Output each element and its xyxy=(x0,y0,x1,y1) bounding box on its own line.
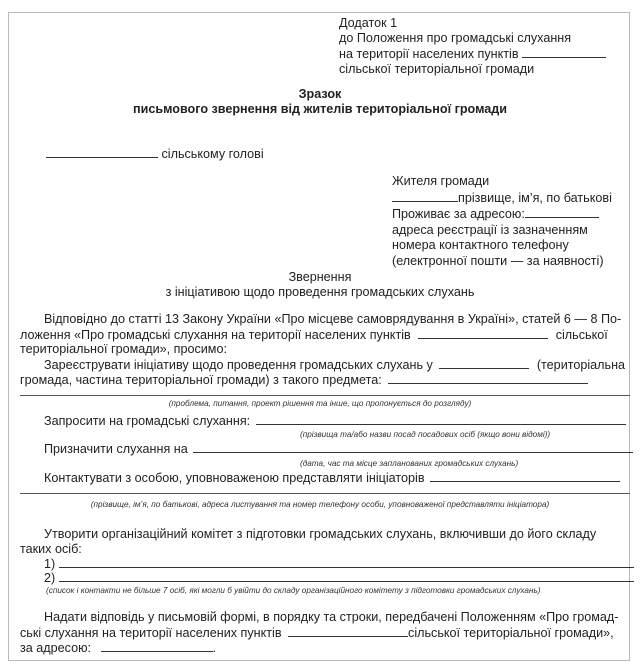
para-register-2: громада, частина територіальної громади)… xyxy=(20,372,588,388)
sender-name-blank[interactable] xyxy=(392,190,458,202)
note-invite: (прізвища та/або назви посад посадових о… xyxy=(300,430,550,439)
settlements-blank[interactable] xyxy=(522,46,606,58)
appendix-territory-line: на території населених пунктів xyxy=(339,46,606,62)
settlements-blank-3[interactable] xyxy=(288,625,408,637)
subject-blank[interactable] xyxy=(388,372,588,384)
schedule-blank[interactable] xyxy=(193,441,633,453)
invite-line: Запросити на громадські слухання: xyxy=(44,413,626,429)
sender-address-blank[interactable] xyxy=(525,206,599,218)
sender-address-hint-1: адреса реєстрації із зазначенням xyxy=(392,223,612,239)
contact-line: Контактувати з особою, уповноваженою пре… xyxy=(44,470,620,486)
contact-blank-continuation[interactable] xyxy=(20,493,630,494)
committee-item-2: 2) xyxy=(44,570,634,586)
reply-line-1: Надати відповідь у письмовій формі, в по… xyxy=(44,610,618,625)
note-subject: (проблема, питання, проект рішення та ін… xyxy=(0,399,640,408)
addressee-line: сільському голові xyxy=(46,146,264,162)
invite-blank[interactable] xyxy=(256,413,626,425)
reply-line-3: за адресою: . xyxy=(20,640,216,656)
committee-member-2-blank[interactable] xyxy=(59,570,634,582)
note-committee: (список і контакти не більше 7 осіб, які… xyxy=(46,586,541,595)
sender-address-hint-3: (електронної пошти — за наявності) xyxy=(392,254,612,270)
reply-address-blank[interactable] xyxy=(101,640,213,652)
sender-label: Жителя громади xyxy=(392,174,612,190)
appendix-regulation: до Положення про громадські слухання xyxy=(339,31,606,46)
committee-member-1-blank[interactable] xyxy=(59,556,634,568)
committee-line-1: Утворити організаційний комітет з підгот… xyxy=(44,527,596,542)
community-blank[interactable] xyxy=(439,357,529,369)
sender-address-label: Проживає за адресою: xyxy=(392,207,525,221)
para-register-1: Зареєструвати ініціативу щодо проведення… xyxy=(44,357,625,373)
appeal-heading: Звернення xyxy=(0,270,640,285)
village-name-blank[interactable] xyxy=(46,146,158,158)
para-legal-basis-2: ложення «Про громадські слухання на тери… xyxy=(20,327,608,343)
para-legal-basis-1: Відповідно до статті 13 Закону України «… xyxy=(44,312,621,327)
appendix-title: Додаток 1 xyxy=(339,16,606,31)
subject-blank-continuation[interactable] xyxy=(20,395,630,396)
appeal-subheading: з ініціативою щодо проведення громадськи… xyxy=(0,285,640,300)
sender-name-hint: прізвище, ім’я, по батькові xyxy=(458,191,612,205)
note-schedule: (дата, час та місце запланованих громадс… xyxy=(300,459,518,468)
note-contact: (прізвище, ім’я, по батькові, адреса лис… xyxy=(0,500,640,509)
page-subtitle: письмового звернення від жителів територ… xyxy=(0,102,640,117)
committee-line-2: таких осіб: xyxy=(20,542,82,557)
appendix-block: Додаток 1 до Положення про громадські сл… xyxy=(339,16,606,77)
sender-address-hint-2: номера контактного телефону xyxy=(392,238,612,254)
contact-blank[interactable] xyxy=(430,470,620,482)
reply-line-2: ські слухання на території населених пун… xyxy=(20,625,614,641)
sender-block: Жителя громади прізвище, ім’я, по батько… xyxy=(392,174,612,269)
para-legal-basis-3: територіальної громади», просимо: xyxy=(20,342,227,357)
schedule-line: Призначити слухання на xyxy=(44,441,633,457)
page-title: Зразок xyxy=(0,87,640,102)
settlements-blank-2[interactable] xyxy=(418,327,548,339)
appendix-community: сільської територіальної громади xyxy=(339,62,606,77)
